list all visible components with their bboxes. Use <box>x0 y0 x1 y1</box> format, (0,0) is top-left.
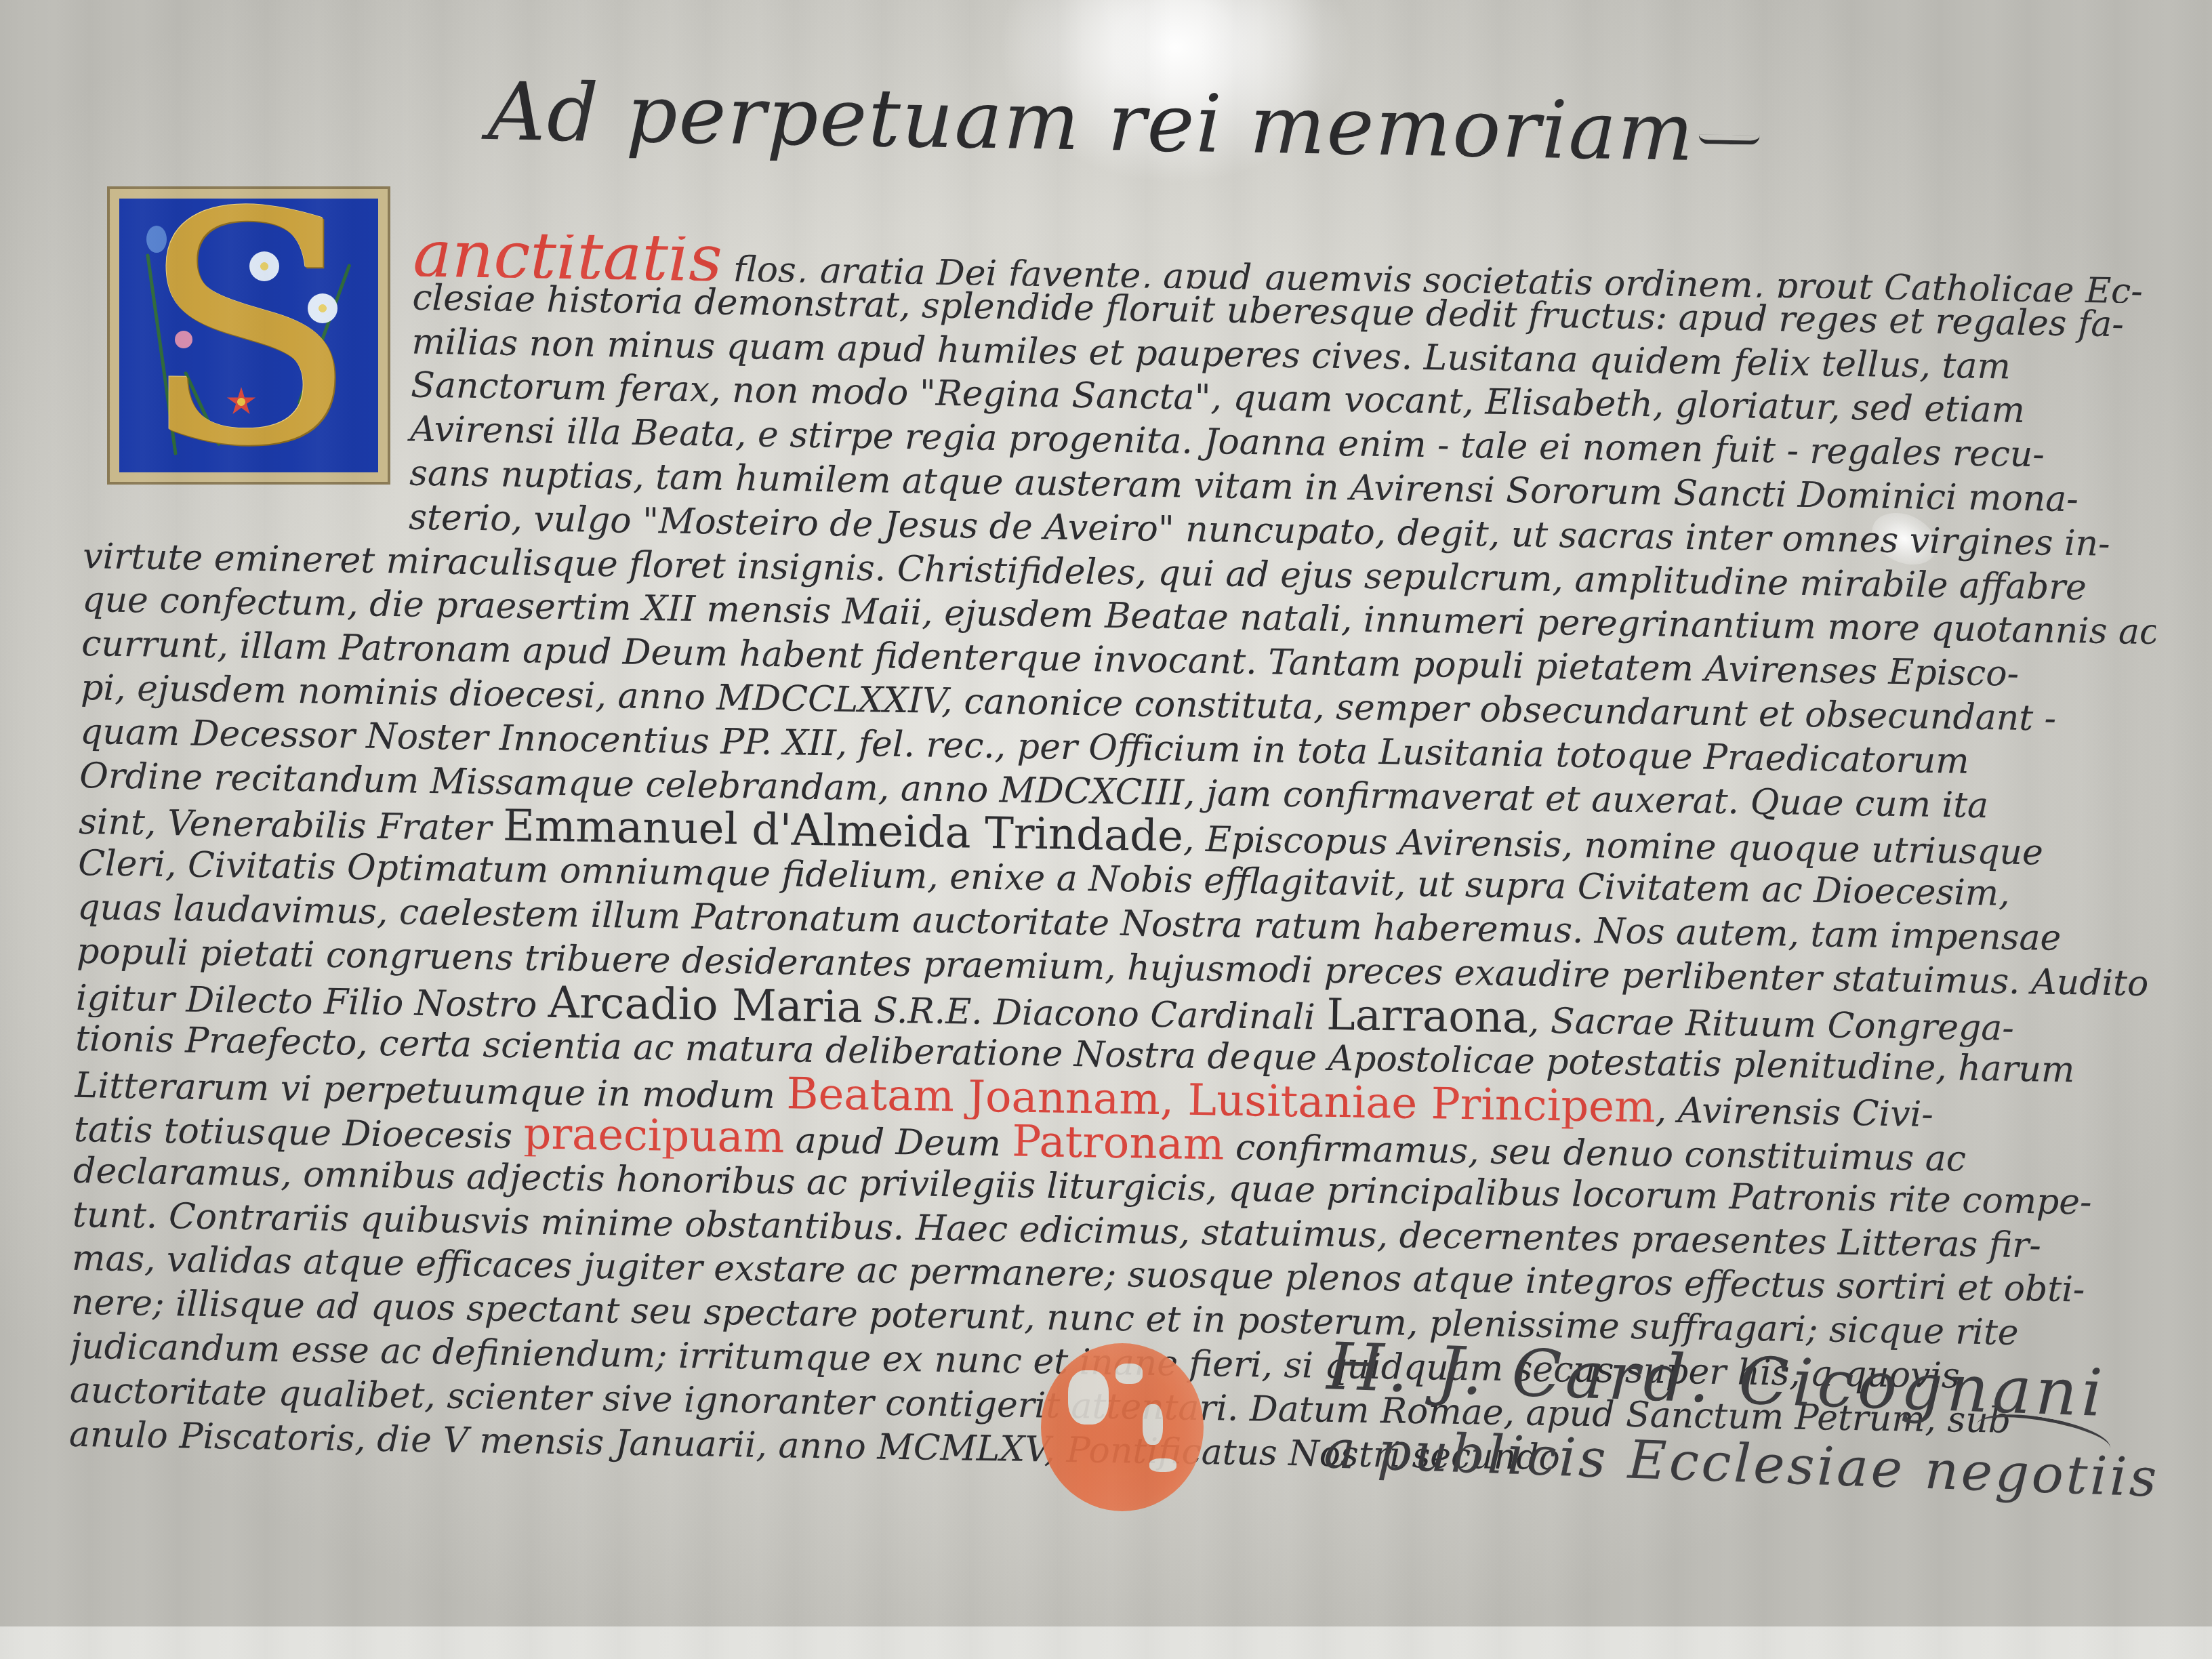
seal-figure-detail <box>1115 1364 1143 1384</box>
line-text: apud Deum <box>784 1120 1012 1164</box>
seal-figure-detail <box>1149 1458 1176 1472</box>
seal-figure-detail <box>1143 1404 1163 1445</box>
parchment-document: Ad perpetuam rei memoriam S anctitatis f… <box>0 0 2212 1659</box>
title-swash <box>1699 135 1760 146</box>
line-text: , Avirensis Civi- <box>1655 1090 1933 1135</box>
title-text: Ad perpetuam rei memoriam <box>487 64 1696 179</box>
document-title: Ad perpetuam rei memoriam <box>487 64 1761 180</box>
seal-figure-detail <box>1068 1370 1109 1425</box>
brief-body-text: anctitatis flos, gratia Dei favente, apu… <box>69 227 2162 1489</box>
frame-bottom-edge <box>0 1626 2212 1659</box>
cardinal-surname: Larraona <box>1326 989 1529 1043</box>
rubric-patronam: Patronam <box>1012 1117 1225 1170</box>
cardinal-signature: H. J. Card. Cicognani a publicis Ecclesi… <box>1323 1328 2163 1509</box>
rubric-praecipuam: praecipuam <box>523 1109 785 1163</box>
cardinal-given-name: Arcadio Maria <box>548 977 863 1032</box>
red-ink-seal: Red ink seal of the Secretariat <box>1041 1343 1204 1511</box>
